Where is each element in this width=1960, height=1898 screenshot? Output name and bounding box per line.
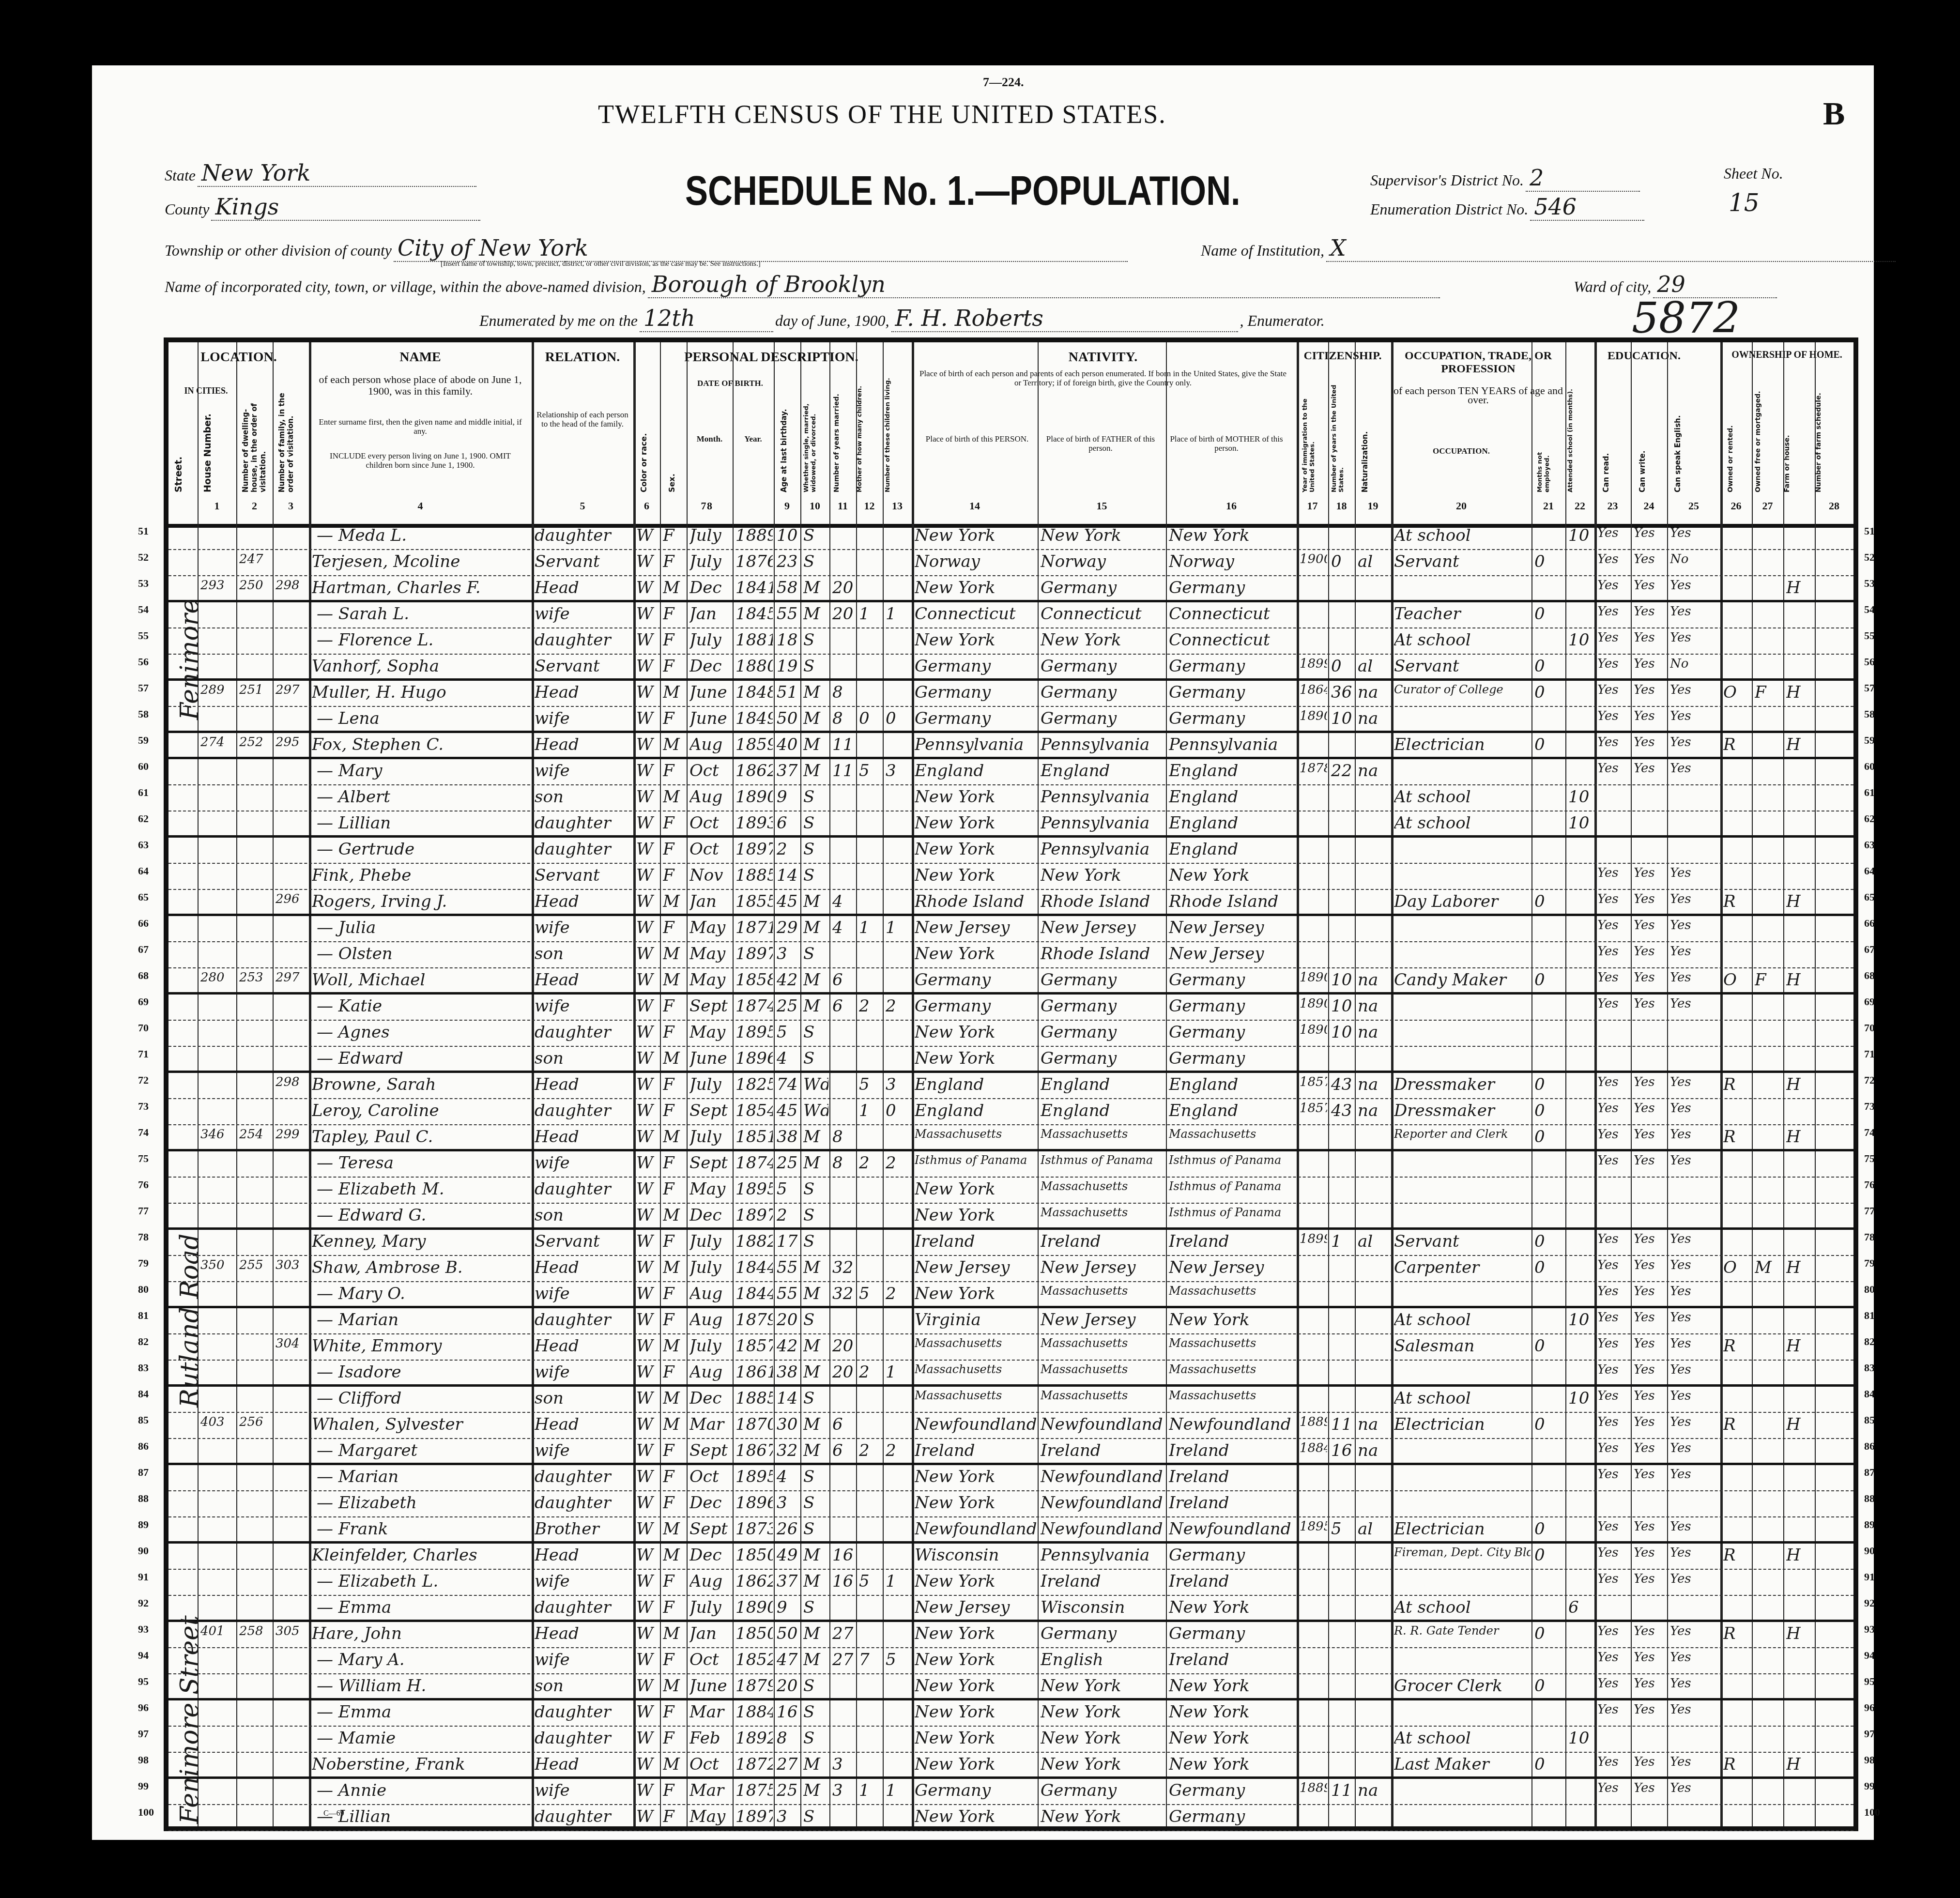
cell-speak: Yes <box>1670 970 1719 985</box>
cell-color: W <box>636 787 659 807</box>
table-row: — Florence L.daughterWFJuly188118SNew Yo… <box>168 628 1853 655</box>
cell-month: Dec <box>689 1493 732 1513</box>
cell-pob: New York <box>915 1702 1037 1722</box>
line-number-left: 100 <box>138 1806 154 1819</box>
cell-nat: al <box>1358 552 1390 571</box>
cell-ym: 6 <box>832 996 855 1016</box>
cell-month: Aug <box>689 1572 732 1591</box>
cell-age: 25 <box>777 1153 799 1173</box>
cell-pob-m: Ireland <box>1169 1493 1296 1513</box>
column-number: 17 <box>1297 500 1328 512</box>
table-row: — EmmadaughterWFJuly18909SNew JerseyWisc… <box>168 1596 1853 1622</box>
cell-pob: Newfoundland <box>915 1415 1037 1434</box>
cell-speak: Yes <box>1670 892 1719 906</box>
cell-unemp: 0 <box>1534 1075 1564 1094</box>
cell-marital: M <box>803 1415 828 1434</box>
cell-marital: S <box>803 813 828 833</box>
cell-sex: F <box>663 996 686 1016</box>
cell-yrs: 43 <box>1331 1075 1354 1094</box>
cell-pob: Ireland <box>915 1441 1037 1460</box>
cell-color: W <box>636 866 659 885</box>
cell-read: Yes <box>1597 526 1630 540</box>
line-number-right: 74 <box>1864 1126 1875 1139</box>
cell-month: July <box>689 1232 732 1251</box>
census-page: 7—224. TWELFTH CENSUS OF THE UNITED STAT… <box>92 65 1874 1840</box>
cell-read: Yes <box>1597 866 1630 880</box>
column-number: 11 <box>829 500 856 512</box>
cell-name: Shaw, Ambrose B. <box>312 1258 531 1277</box>
cell-mother: 7 <box>859 1650 882 1669</box>
cell-ym: 16 <box>832 1546 855 1565</box>
cell-pob-m: Massachusetts <box>1169 1336 1296 1350</box>
cell-marital: M <box>803 1127 828 1147</box>
cell-name: Kenney, Mary <box>312 1232 531 1251</box>
cell-color: W <box>636 1493 659 1513</box>
vh-months-unemployed: Months not employed. <box>1536 415 1558 492</box>
cell-name: — Isadore <box>312 1362 536 1382</box>
line-number-left: 90 <box>138 1545 149 1557</box>
cell-speak: Yes <box>1670 630 1719 645</box>
township-value: City of New York <box>394 235 1128 262</box>
column-number: 16 <box>1166 500 1297 512</box>
cell-pob-m: Rhode Island <box>1169 892 1296 911</box>
group-ownership: OWNERSHIP OF HOME. <box>1720 350 1853 361</box>
cell-relation: wife <box>535 761 632 781</box>
cell-write: Yes <box>1634 1702 1666 1717</box>
cell-marital: M <box>803 1258 828 1277</box>
cell-ym: 27 <box>832 1650 855 1669</box>
cell-name: Fink, Phebe <box>312 866 531 885</box>
year-header: Year. <box>733 434 774 444</box>
cell-sex: M <box>663 1546 686 1565</box>
cell-sex: F <box>663 1075 686 1094</box>
cell-age: 14 <box>777 866 799 885</box>
street-label: Fenimore Street <box>175 1553 204 1824</box>
cell-speak: Yes <box>1670 1650 1719 1665</box>
table-row: — Sarah L.wifeWFJan184555M2011Connecticu… <box>168 602 1853 628</box>
cell-immig: 1857 <box>1300 1075 1327 1089</box>
cell-month: Sept <box>689 996 732 1016</box>
cell-pob-f: Massachusetts <box>1041 1179 1165 1193</box>
cell-write: Yes <box>1634 630 1666 645</box>
cell-sex: M <box>663 970 686 990</box>
cell-write: Yes <box>1634 1415 1666 1429</box>
cell-read: Yes <box>1597 1650 1630 1665</box>
cell-name: — Clifford <box>312 1389 536 1408</box>
cell-year: 1861 <box>735 1362 773 1382</box>
cell-relation: Head <box>535 1127 632 1147</box>
cell-age: 50 <box>777 709 799 728</box>
cell-marital: M <box>803 735 828 754</box>
cell-color: W <box>636 1572 659 1591</box>
cell-month: July <box>689 552 732 571</box>
cell-pob-f: Germany <box>1041 1624 1165 1643</box>
cell-age: 38 <box>777 1362 799 1382</box>
name-include: INCLUDE every person living on June 1, 1… <box>319 451 522 470</box>
cell-age: 30 <box>777 1415 799 1434</box>
cell-unemp: 0 <box>1534 552 1564 571</box>
cell-year: 1850 <box>735 1624 773 1643</box>
cell-pob: Germany <box>915 657 1037 676</box>
cell-sex: M <box>663 1755 686 1774</box>
cell-occ: Electrician <box>1394 1519 1531 1539</box>
cell-pob: Germany <box>915 1781 1037 1800</box>
cell-name: — Meda L. <box>312 526 536 545</box>
cell-relation: Servant <box>535 866 632 885</box>
cell-pob-f: New Jersey <box>1041 1258 1165 1277</box>
cell-pob-f: Newfoundland <box>1041 1493 1165 1513</box>
cell-occ: Electrician <box>1394 1415 1531 1434</box>
cell-pob-f: Pennsylvania <box>1041 787 1165 807</box>
cell-sex: F <box>663 840 686 859</box>
cell-name: Hare, John <box>312 1624 531 1643</box>
cell-pob-m: New York <box>1169 1676 1296 1696</box>
cell-year: 1854 <box>735 1101 773 1120</box>
cell-mother: 1 <box>859 918 882 937</box>
cell-sex: F <box>663 1179 686 1199</box>
line-number-left: 63 <box>138 839 149 851</box>
line-number-left: 59 <box>138 734 149 747</box>
cell-read: Yes <box>1597 1101 1630 1116</box>
cell-year: 1825 <box>735 1075 773 1094</box>
cell-age: 29 <box>777 918 799 937</box>
cell-speak: Yes <box>1670 1389 1719 1403</box>
cell-mother: 2 <box>859 996 882 1016</box>
cell-write: Yes <box>1634 552 1666 566</box>
cell-house: 289 <box>200 683 235 697</box>
cell-yrs: 11 <box>1331 1781 1354 1800</box>
cell-farm: H <box>1786 1415 1814 1434</box>
cell-year: 1897 <box>735 1206 773 1225</box>
cell-ym: 3 <box>832 1781 855 1800</box>
cell-school: 10 <box>1568 787 1593 807</box>
cell-marital: M <box>803 1624 828 1643</box>
line-number-left: 82 <box>138 1335 149 1348</box>
cell-pob-f: Germany <box>1041 709 1165 728</box>
cell-sex: F <box>663 1441 686 1460</box>
cell-month: Mar <box>689 1702 732 1722</box>
cell-age: 6 <box>777 813 799 833</box>
cell-yrs: 1 <box>1331 1232 1354 1251</box>
cell-year: 1893 <box>735 813 773 833</box>
cell-family: 295 <box>276 735 308 750</box>
line-number-left: 75 <box>138 1152 149 1165</box>
cell-year: 1852 <box>735 1650 773 1669</box>
column-number: 27 <box>1752 500 1783 512</box>
institution-label: Name of Institution, <box>1201 242 1324 259</box>
cell-unemp: 0 <box>1534 1101 1564 1120</box>
cell-write: Yes <box>1634 604 1666 619</box>
cell-farm: H <box>1786 1755 1814 1774</box>
cell-pob-m: Isthmus of Panama <box>1169 1179 1296 1193</box>
column-number: 2 <box>236 500 273 512</box>
cell-write: Yes <box>1634 1650 1666 1665</box>
cell-month: Aug <box>689 1284 732 1303</box>
line-number-right: 90 <box>1864 1545 1875 1557</box>
cell-immig: 1899 <box>1300 657 1327 671</box>
group-citizenship: CITIZENSHIP. <box>1297 350 1389 363</box>
line-number-right: 77 <box>1864 1205 1875 1217</box>
vh-can-speak: Can speak English. <box>1673 405 1682 492</box>
cell-yrs: 22 <box>1331 761 1354 781</box>
cell-speak: Yes <box>1670 1624 1719 1638</box>
cell-pob-f: New York <box>1041 1676 1165 1696</box>
cell-occ: At school <box>1394 813 1531 833</box>
cell-month: Mar <box>689 1781 732 1800</box>
cell-pob-m: New Jersey <box>1169 1258 1296 1277</box>
cell-pob-m: Germany <box>1169 996 1296 1016</box>
cell-year: 1895 <box>735 1023 773 1042</box>
cell-color: W <box>636 1179 659 1199</box>
cell-year: 1851 <box>735 1127 773 1147</box>
vh-owned-rented: Owned or rented. <box>1727 410 1734 492</box>
cell-age: 47 <box>777 1650 799 1669</box>
line-number-left: 52 <box>138 551 149 564</box>
cell-month: Oct <box>689 813 732 833</box>
cell-speak: Yes <box>1670 1546 1719 1560</box>
cell-age: 2 <box>777 1206 799 1225</box>
cell-color: W <box>636 1624 659 1643</box>
cell-year: 1850 <box>735 1546 773 1565</box>
cell-color: W <box>636 944 659 964</box>
table-row: — CliffordsonWMDec188514SMassachusettsMa… <box>168 1387 1853 1413</box>
cell-age: 10 <box>777 526 799 545</box>
cell-marital: S <box>803 630 828 650</box>
cell-sex: M <box>663 1258 686 1277</box>
pob-father-header: Place of birth of FATHER of this person. <box>1040 434 1161 453</box>
cell-write: Yes <box>1634 1258 1666 1272</box>
cell-marital: S <box>803 1702 828 1722</box>
cell-pob-f: Ireland <box>1041 1572 1165 1591</box>
cell-speak: Yes <box>1670 578 1719 593</box>
cell-immig: 1890 <box>1300 970 1327 985</box>
cell-color: W <box>636 1650 659 1669</box>
cell-occ: At school <box>1394 1310 1531 1330</box>
table-row: — AlbertsonWMAug18909SNew YorkPennsylvan… <box>168 785 1853 811</box>
cell-sex: F <box>663 1702 686 1722</box>
cell-ym: 8 <box>832 1127 855 1147</box>
cell-pob-f: Rhode Island <box>1041 944 1165 964</box>
enumerated-day: 12th <box>640 305 773 332</box>
cell-relation: Head <box>535 892 632 911</box>
cell-pob-f: New York <box>1041 630 1165 650</box>
cell-pob: New York <box>915 1179 1037 1199</box>
vh-owned-free: Owned free or mortgaged. <box>1754 371 1762 492</box>
cell-color: W <box>636 1467 659 1486</box>
state-field: State New York <box>165 160 476 187</box>
enumerator-name: F. H. Roberts <box>891 305 1238 332</box>
sheet-letter: B <box>1823 94 1845 133</box>
cell-pob-f: Ireland <box>1041 1232 1165 1251</box>
table-row: — Elizabeth M.daughterWFMay18955SNew Yor… <box>168 1178 1853 1204</box>
cell-sex: F <box>663 866 686 885</box>
cell-unemp: 0 <box>1534 1232 1564 1251</box>
cell-relation: daughter <box>535 1493 632 1513</box>
cell-pob: Wisconsin <box>915 1546 1037 1565</box>
township-label: Township or other division of county <box>165 242 392 259</box>
cell-unemp: 0 <box>1534 1415 1564 1434</box>
cell-color: W <box>636 1546 659 1565</box>
cell-name: Fox, Stephen C. <box>312 735 531 754</box>
cell-age: 37 <box>777 761 799 781</box>
cell-pob-m: England <box>1169 787 1296 807</box>
cell-pob-m: Pennsylvania <box>1169 735 1296 754</box>
line-number-right: 61 <box>1864 786 1875 799</box>
cell-relation: daughter <box>535 1702 632 1722</box>
line-number-right: 79 <box>1864 1257 1875 1270</box>
line-number-left: 77 <box>138 1205 149 1217</box>
cell-sex: M <box>663 1206 686 1225</box>
cell-name: — Lillian <box>312 813 536 833</box>
cell-marital: S <box>803 944 828 964</box>
line-number-left: 69 <box>138 995 149 1008</box>
cell-pob-f: Norway <box>1041 552 1165 571</box>
cell-color: W <box>636 630 659 650</box>
cell-read: Yes <box>1597 1075 1630 1089</box>
cell-house: 346 <box>200 1127 235 1142</box>
group-name: NAME <box>309 350 532 365</box>
cell-nat: na <box>1358 1441 1390 1460</box>
cell-color: W <box>636 1598 659 1617</box>
enumeration-value: 546 <box>1530 194 1644 221</box>
cell-pob-f: Germany <box>1041 1023 1165 1042</box>
cell-pob: Connecticut <box>915 604 1037 624</box>
cell-marital: S <box>803 1729 828 1748</box>
cell-sex: M <box>663 1519 686 1539</box>
cell-age: 2 <box>777 840 799 859</box>
cell-year: 1872 <box>735 1755 773 1774</box>
cell-relation: son <box>535 1389 632 1408</box>
group-nativity: NATIVITY. <box>912 350 1294 365</box>
cell-year: 1882 <box>735 1232 773 1251</box>
cell-year: 1884 <box>735 1702 773 1722</box>
cell-marital: M <box>803 1284 828 1303</box>
cell-pob-f: Newfoundland <box>1041 1467 1165 1486</box>
vh-street: Street. <box>173 425 184 492</box>
cell-sex: F <box>663 526 686 545</box>
cell-immig: 1884 <box>1300 1441 1327 1455</box>
cell-sex: F <box>663 1493 686 1513</box>
cell-ym: 8 <box>832 683 855 702</box>
cell-sex: F <box>663 709 686 728</box>
cell-write: Yes <box>1634 657 1666 671</box>
cell-year: 1879 <box>735 1676 773 1696</box>
cell-write: Yes <box>1634 1336 1666 1351</box>
cell-sex: F <box>663 1781 686 1800</box>
cell-read: Yes <box>1597 1336 1630 1351</box>
cell-relation: wife <box>535 918 632 937</box>
cell-immig: 1857 <box>1300 1101 1327 1116</box>
cell-age: 42 <box>777 970 799 990</box>
table-row: — William H.sonWMJune187920SNew YorkNew … <box>168 1674 1853 1700</box>
cell-pob-m: Germany <box>1169 970 1296 990</box>
cell-write: Yes <box>1634 1519 1666 1534</box>
cell-color: W <box>636 1389 659 1408</box>
column-number: 28 <box>1815 500 1853 512</box>
cell-pob: Pennsylvania <box>915 735 1037 754</box>
table-row: — MariandaughterWFOct18954SNew YorkNewfo… <box>168 1465 1853 1491</box>
line-number-left: 68 <box>138 969 149 982</box>
cell-pob-m: Connecticut <box>1169 630 1296 650</box>
cell-yrs: 43 <box>1331 1101 1354 1120</box>
cell-nat: na <box>1358 1781 1390 1800</box>
cell-month: Sept <box>689 1441 732 1460</box>
cell-speak: Yes <box>1670 1519 1719 1534</box>
cell-read: Yes <box>1597 1362 1630 1377</box>
line-number-right: 68 <box>1864 969 1875 982</box>
cell-dwelling: 251 <box>239 683 272 697</box>
cell-age: 3 <box>777 1493 799 1513</box>
cell-ym: 6 <box>832 1441 855 1460</box>
line-number-right: 100 <box>1864 1806 1880 1819</box>
table-row: 346254299Tapley, Paul C.HeadWMJuly185138… <box>168 1125 1853 1151</box>
cell-occ: Servant <box>1394 552 1531 571</box>
cell-sex: M <box>663 1049 686 1068</box>
cell-name: Kleinfelder, Charles <box>312 1546 531 1565</box>
cell-own: R <box>1723 1415 1751 1434</box>
cell-color: W <box>636 1362 659 1382</box>
cell-year: 1897 <box>735 944 773 964</box>
cell-year: 1896 <box>735 1049 773 1068</box>
cell-pob: New York <box>915 1493 1037 1513</box>
cell-year: 1841 <box>735 578 773 597</box>
cell-age: 51 <box>777 683 799 702</box>
cell-marital: M <box>803 604 828 624</box>
enumerator-label: , Enumerator. <box>1240 312 1325 329</box>
cell-relation: Head <box>535 1336 632 1356</box>
cell-age: 14 <box>777 1389 799 1408</box>
cell-year: 1892 <box>735 1729 773 1748</box>
cell-read: Yes <box>1597 761 1630 776</box>
table-row: 280253297Woll, MichaelHeadWMMay185842M6G… <box>168 968 1853 995</box>
line-number-right: 87 <box>1864 1466 1875 1479</box>
cell-color: W <box>636 578 659 597</box>
line-number-right: 64 <box>1864 865 1875 877</box>
vh-can-read: Can read. <box>1602 439 1610 492</box>
cell-write: Yes <box>1634 1546 1666 1560</box>
table-row: 350255303Shaw, Ambrose B.HeadWMJuly18445… <box>168 1256 1853 1282</box>
cell-name: Browne, Sarah <box>312 1075 531 1094</box>
cell-nat: na <box>1358 970 1390 990</box>
cell-age: 16 <box>777 1702 799 1722</box>
cell-relation: daughter <box>535 1101 632 1120</box>
cell-name: Whalen, Sylvester <box>312 1415 531 1434</box>
cell-family: 297 <box>276 683 308 697</box>
cell-pob-m: Germany <box>1169 1023 1296 1042</box>
cell-own: R <box>1723 1624 1751 1643</box>
line-number-right: 94 <box>1864 1649 1875 1662</box>
cell-own: R <box>1723 1755 1751 1774</box>
schedule-title: SCHEDULE No. 1.—POPULATION. <box>685 167 1240 215</box>
cell-write: Yes <box>1634 1153 1666 1168</box>
cell-write: Yes <box>1634 1232 1666 1246</box>
cell-pob: Germany <box>915 996 1037 1016</box>
stamp-number: 5872 <box>1632 293 1740 343</box>
cell-pob-f: Germany <box>1041 1781 1165 1800</box>
cell-pob: Germany <box>915 970 1037 990</box>
cell-ym: 32 <box>832 1284 855 1303</box>
cell-pob-m: England <box>1169 1075 1296 1094</box>
cell-sex: F <box>663 1284 686 1303</box>
cell-pob-m: Germany <box>1169 1546 1296 1565</box>
line-number-right: 88 <box>1864 1492 1875 1505</box>
cell-unemp: 0 <box>1534 1546 1564 1565</box>
cell-house: 401 <box>200 1624 235 1638</box>
line-number-right: 91 <box>1864 1571 1875 1583</box>
cell-pob: New York <box>915 866 1037 885</box>
line-number-right: 93 <box>1864 1623 1875 1636</box>
cell-occ: Teacher <box>1394 604 1531 624</box>
